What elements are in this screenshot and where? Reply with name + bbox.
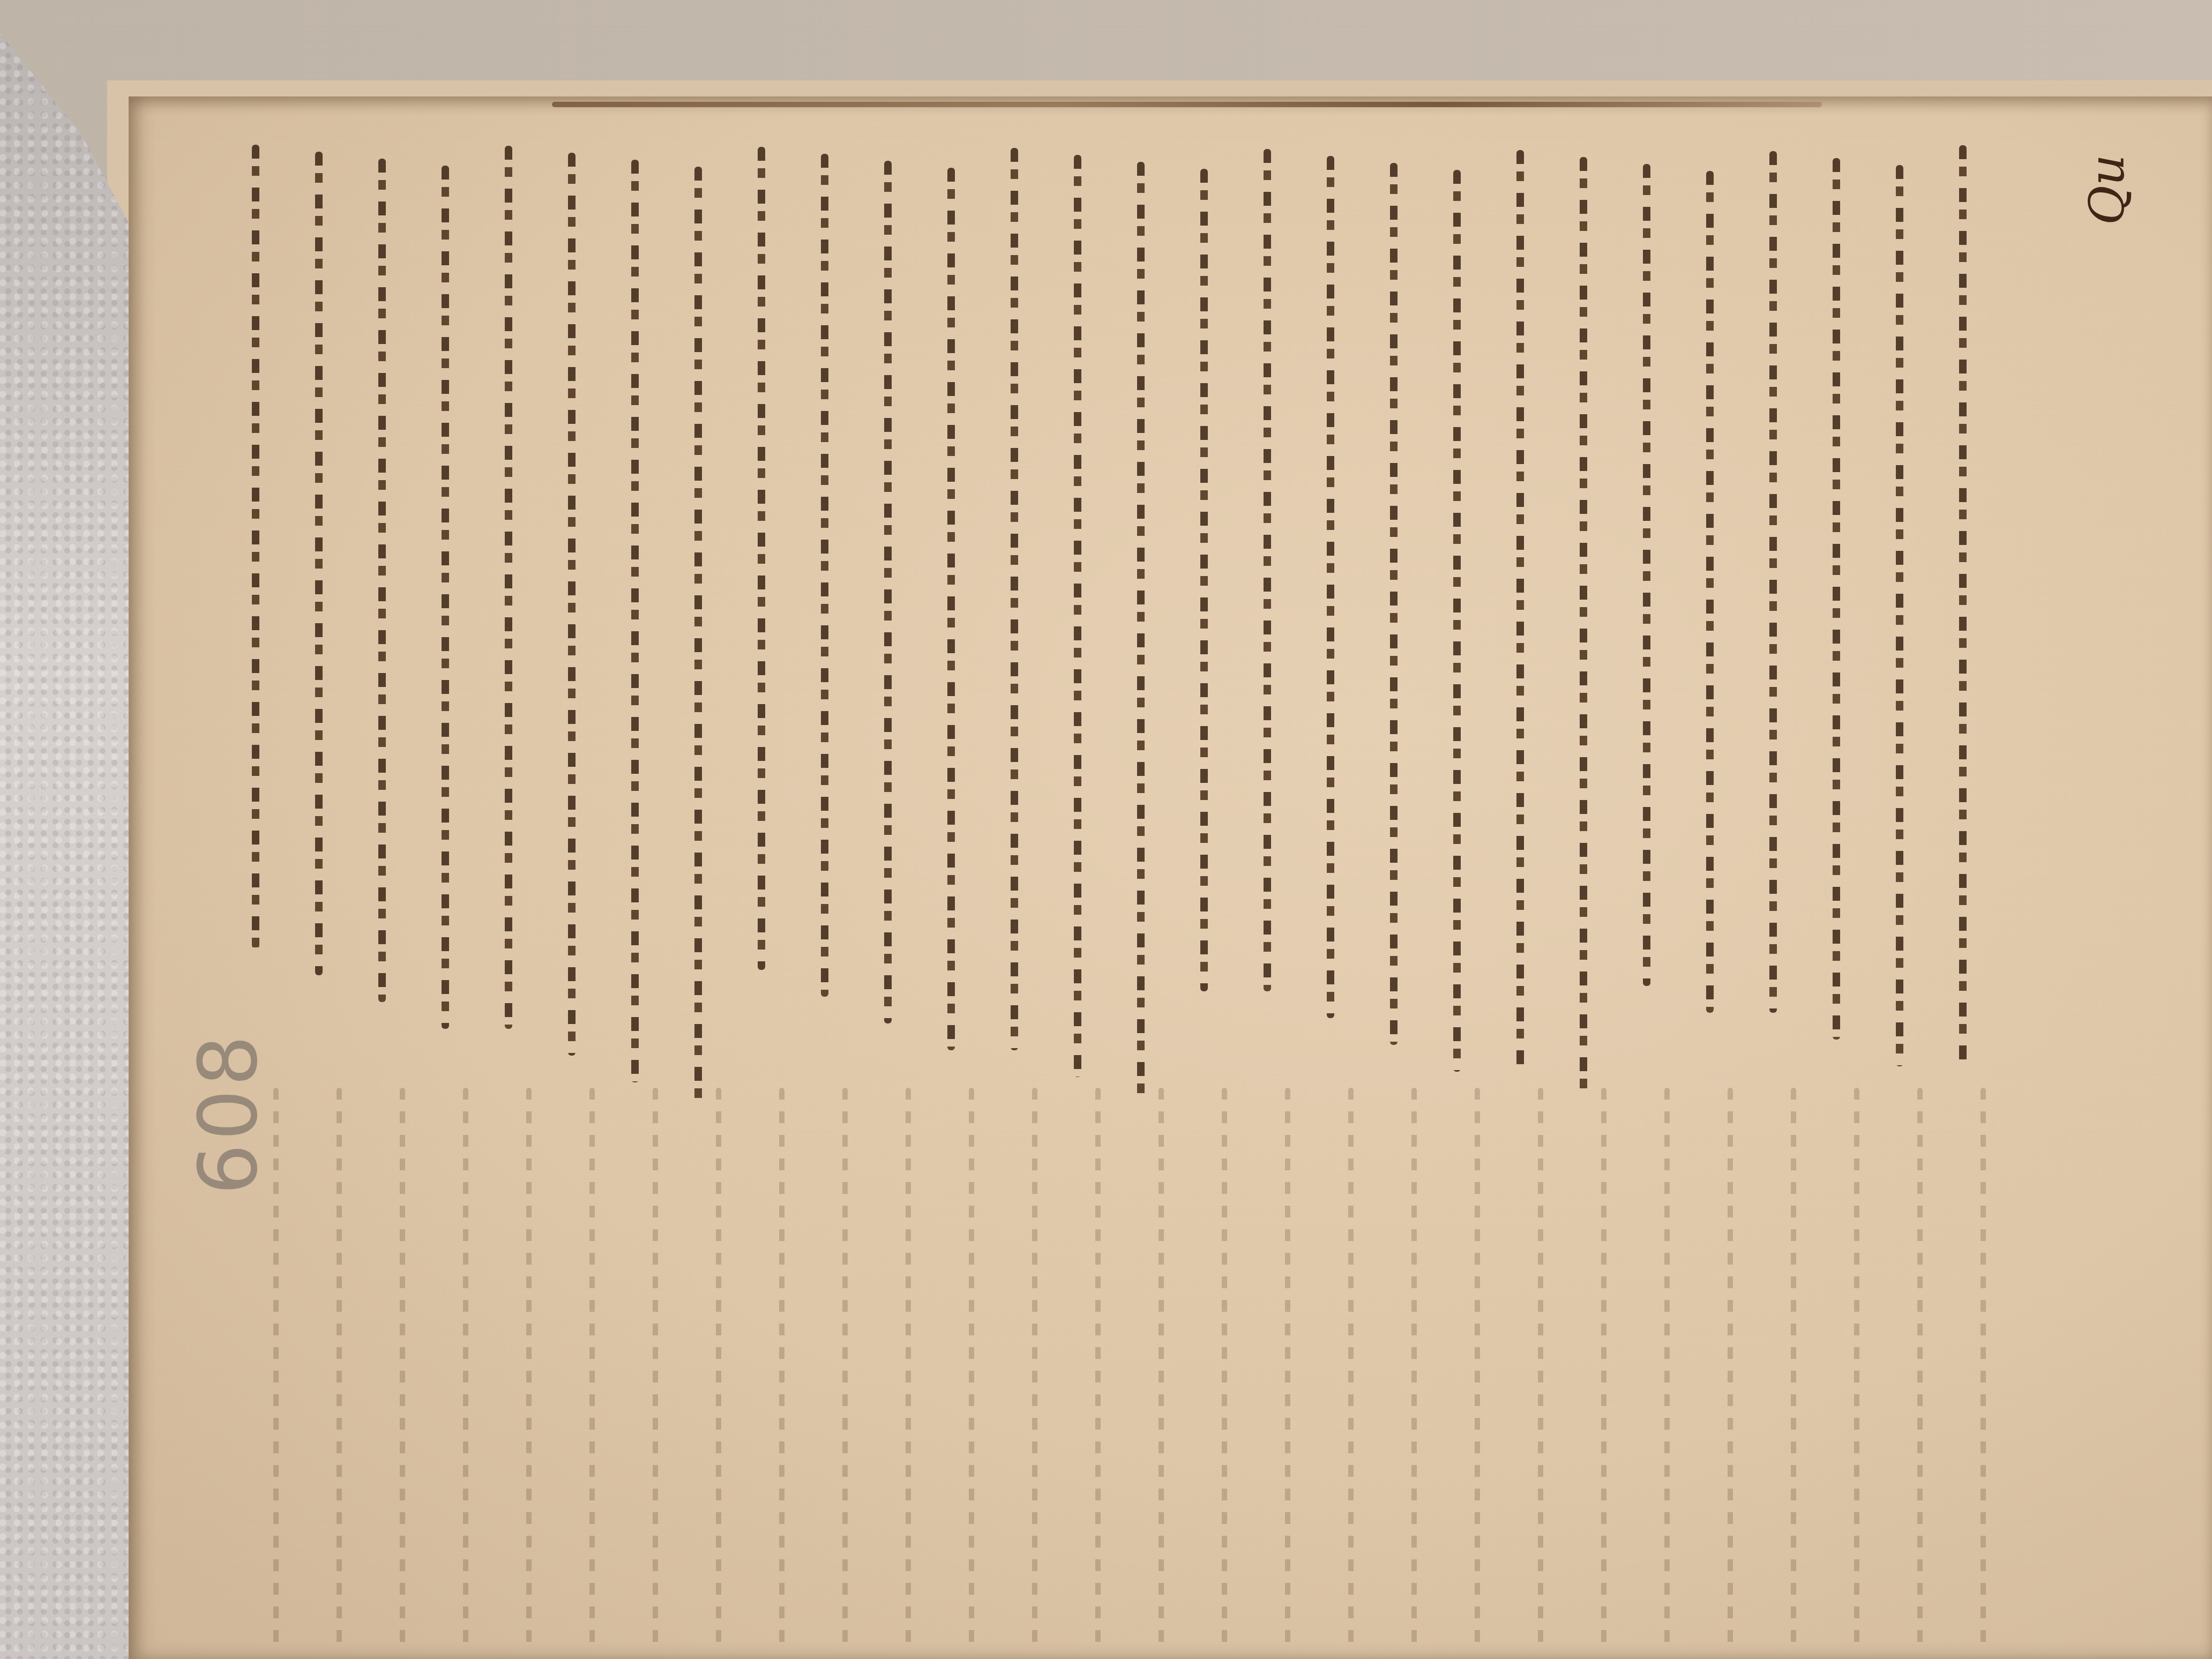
handwriting-line (378, 159, 386, 1002)
handwriting-line (1011, 148, 1018, 1050)
handwriting-line (1580, 157, 1587, 1098)
show-through-line (969, 1088, 974, 1650)
show-through-line (526, 1088, 532, 1650)
show-through-line (1475, 1088, 1480, 1650)
handwriting-line (947, 168, 955, 1050)
show-through-line (906, 1088, 911, 1650)
show-through-line (1664, 1088, 1670, 1650)
handwriting-line (1706, 171, 1714, 1013)
show-through-line (400, 1088, 405, 1650)
show-through-line (1411, 1088, 1417, 1650)
show-through-line (1854, 1088, 1859, 1650)
show-through-line (716, 1088, 721, 1650)
handwriting-line (1959, 145, 1967, 1066)
handwriting-line (1264, 149, 1271, 991)
handwriting-line (315, 152, 323, 975)
handwriting-line (1327, 156, 1334, 1018)
handwriting-line (694, 167, 702, 1109)
handwriting-columns (252, 123, 2074, 1077)
handwriting-line (568, 153, 576, 1056)
show-through-line (1095, 1088, 1101, 1650)
show-through-line (273, 1088, 279, 1650)
fabric-cushion (0, 0, 134, 1659)
handwriting-line (1390, 163, 1398, 1045)
handwriting-line (1643, 164, 1650, 986)
catchword: Qu (2079, 154, 2135, 225)
show-through-line (1222, 1088, 1227, 1650)
show-through-line (337, 1088, 342, 1650)
handwriting-line (631, 160, 639, 1082)
handwriting-line (1074, 155, 1081, 1077)
handwriting-line (884, 161, 892, 1023)
handwriting-line (1896, 165, 1903, 1066)
handwriting-line (1453, 170, 1461, 1072)
show-through-line (1538, 1088, 1543, 1650)
handwriting-line (252, 145, 259, 948)
show-through-line (1728, 1088, 1733, 1650)
page-fold-crease (552, 102, 1822, 107)
handwriting-line (1833, 158, 1840, 1040)
handwriting-line (758, 147, 765, 970)
show-through-line (589, 1088, 595, 1650)
show-through-line (1917, 1088, 1923, 1650)
show-through-line (842, 1088, 848, 1650)
handwriting-line (1769, 151, 1777, 1013)
handwriting-line (1137, 162, 1145, 1104)
handwriting-line (1200, 169, 1208, 991)
show-through-line (653, 1088, 658, 1650)
show-through-line (1348, 1088, 1354, 1650)
show-through-line (1791, 1088, 1796, 1650)
show-through-line (1032, 1088, 1037, 1650)
photo-background: 608 Qu (0, 0, 2212, 1659)
handwriting-line (442, 166, 449, 1029)
handwriting-line (1516, 150, 1524, 1072)
handwriting-line (821, 154, 828, 997)
show-through-line (1601, 1088, 1606, 1650)
show-through-line (779, 1088, 784, 1650)
show-through-line (1285, 1088, 1290, 1650)
show-through-line (1159, 1088, 1164, 1650)
handwriting-line (505, 146, 512, 1029)
show-through-line (1981, 1088, 1986, 1650)
show-through-line (463, 1088, 468, 1650)
